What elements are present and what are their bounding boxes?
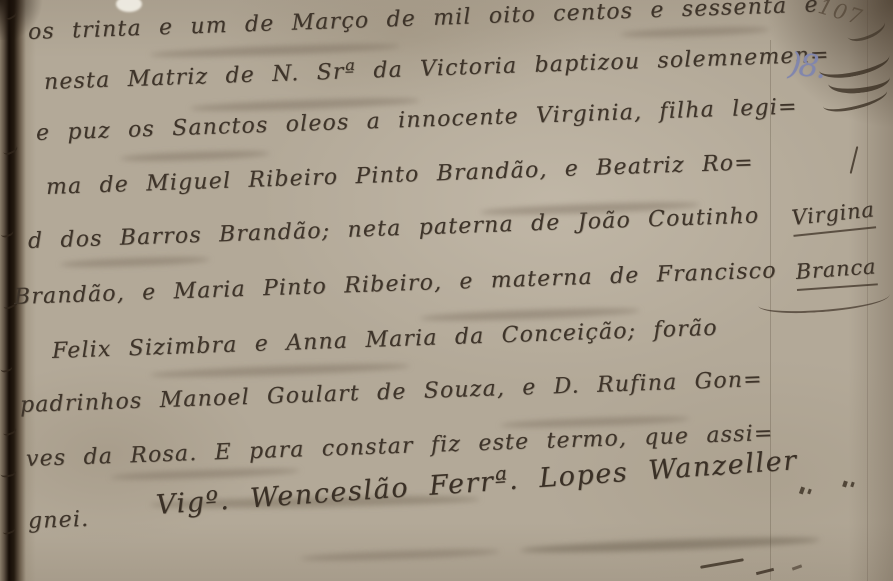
ink-bleed-smudge <box>120 149 270 162</box>
ink-bleed-smudge <box>620 25 770 38</box>
text-line-1: os trinta e um de Março de mil oito cent… <box>28 0 820 45</box>
ink-bleed-smudge <box>300 548 500 563</box>
paper-highlight-spot <box>116 0 142 12</box>
text-line-7: Felix Sizimbra e Anna Maria da Conceição… <box>52 316 719 364</box>
quote-tick-mark <box>799 487 805 495</box>
quote-tick-mark <box>807 489 812 495</box>
ink-bleed-smudge <box>150 42 400 60</box>
margin-note-child-first-name: Virgina <box>790 197 876 237</box>
next-entry-stroke <box>700 558 744 569</box>
ink-bleed-smudge <box>60 255 210 268</box>
ink-bleed-smudge <box>110 467 300 482</box>
text-line-2: nesta Matriz de N. Srª da Victoria bapti… <box>44 43 830 95</box>
manuscript-page: os trinta e um de Março de mil oito cent… <box>0 0 893 581</box>
text-line-8: padrinhos Manoel Goulart de Souza, e D. … <box>20 367 764 418</box>
stray-slash-mark <box>850 146 859 174</box>
quote-tick-mark <box>850 482 854 488</box>
next-entry-stroke <box>756 568 774 575</box>
next-entry-stroke <box>792 564 802 570</box>
ink-bleed-smudge <box>150 361 410 379</box>
margin-note-underline-flourish <box>757 285 890 316</box>
text-line-10: gnei. <box>28 507 90 534</box>
quote-tick-mark <box>842 481 848 488</box>
text-line-5: d dos Barros Brandão; neta paterna de Jo… <box>28 203 760 254</box>
ink-bleed-smudge <box>520 535 820 555</box>
text-line-3: e puz os Sanctos oleos a innocente Virgi… <box>36 94 799 146</box>
